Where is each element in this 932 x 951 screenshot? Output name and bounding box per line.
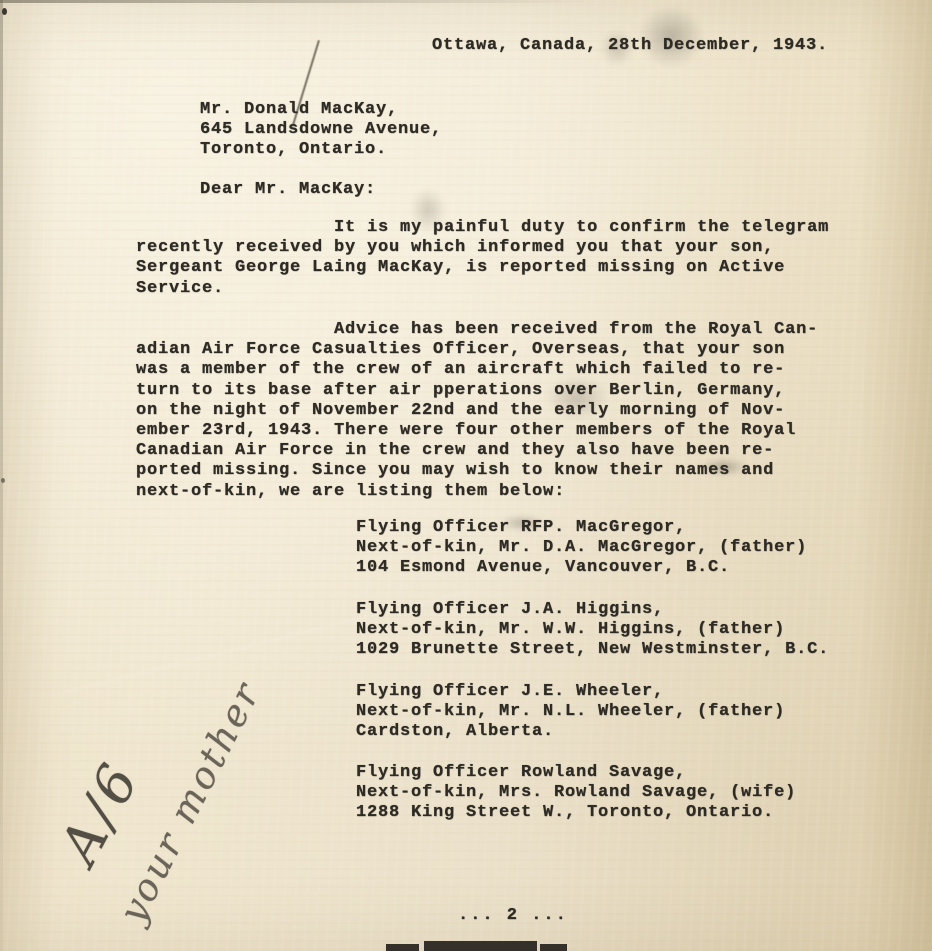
paper-speck xyxy=(1,478,5,483)
paragraph-2: Advice has been received from the Royal … xyxy=(136,320,818,502)
scan-top-edge xyxy=(0,0,600,3)
page-marker: ... 2 ... xyxy=(458,906,568,926)
crew-officer: Flying Officer J.A. Higgins, xyxy=(356,600,664,620)
cutoff-text-fragment xyxy=(424,941,537,951)
recipient-city: Toronto, Ontario. xyxy=(200,140,387,160)
dateline: Ottawa, Canada, 28th December, 1943. xyxy=(432,36,828,56)
crew-next-of-kin: Next-of-kin, Mr. D.A. MacGregor, (father… xyxy=(356,538,807,558)
salutation: Dear Mr. MacKay: xyxy=(200,180,376,200)
crew-officer: Flying Officer Rowland Savage, xyxy=(356,763,686,783)
handwritten-note-reference: A/6 xyxy=(47,750,153,874)
paper-speck xyxy=(2,8,7,15)
cutoff-text-fragment xyxy=(540,944,567,951)
recipient-street: 645 Landsdowne Avenue, xyxy=(200,120,442,140)
crew-address: 1288 King Street W., Toronto, Ontario. xyxy=(356,803,774,823)
cutoff-text-fragment xyxy=(386,944,419,951)
crew-next-of-kin: Next-of-kin, Mrs. Rowland Savage, (wife) xyxy=(356,783,796,803)
crew-officer: Flying Officer J.E. Wheeler, xyxy=(356,682,664,702)
recipient-name: Mr. Donald MacKay, xyxy=(200,100,398,120)
crew-address: Cardston, Alberta. xyxy=(356,722,554,742)
crew-address: 104 Esmond Avenue, Vancouver, B.C. xyxy=(356,558,730,578)
paragraph-1: It is my painful duty to confirm the tel… xyxy=(136,218,829,299)
letter-page: Ottawa, Canada, 28th December, 1943. Mr.… xyxy=(0,0,932,951)
scan-left-edge xyxy=(0,0,3,951)
crew-next-of-kin: Next-of-kin, Mr. W.W. Higgins, (father) xyxy=(356,620,785,640)
crew-officer: Flying Officer RFP. MacGregor, xyxy=(356,518,686,538)
crew-next-of-kin: Next-of-kin, Mr. N.L. Wheeler, (father) xyxy=(356,702,785,722)
crew-address: 1029 Brunette Street, New Westminster, B… xyxy=(356,640,829,660)
